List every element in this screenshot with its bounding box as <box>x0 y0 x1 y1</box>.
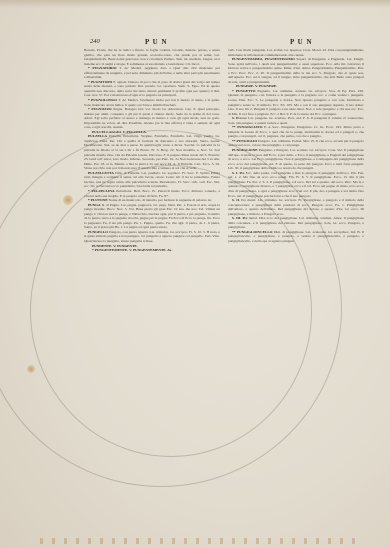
dictionary-entry: ** PUNGIGLIO Pungolo. Lat. stimulus. Pol… <box>228 139 364 148</box>
dictionary-entry: * PUGNATORIO T. de' Medici. Aggiunto dat… <box>84 66 220 80</box>
running-head-right: P U N <box>290 38 313 46</box>
book-page: 240 P U N P U N Bononi, Prosis, che ha l… <box>0 0 390 548</box>
continuation-text: Bononi, Prosis, che ha le radici a fitto… <box>84 48 220 66</box>
dictionary-entry: S. I. Per Ecc. della punta, cosi pungent… <box>228 171 364 198</box>
headword: S. Pungoso <box>232 116 247 120</box>
dictionary-entry: S. II. Per metaf. Lat. stimulus. Gr. κέν… <box>228 198 364 216</box>
headword: S. II. <box>232 198 240 202</box>
definition-text: Nome di un manicotto, di metallo, per fe… <box>108 198 212 202</box>
left-text-column: Bononi, Prosis, che ha le radici a fitto… <box>84 48 220 253</box>
dictionary-entry: PUNGENTISSIMO, PUGNENTISSIMO Superl. di … <box>228 57 364 84</box>
dictionary-entry: PUNGIGLIONE Pungente, e Pungolo. Lat. ac… <box>228 148 364 171</box>
page-top-edge-shadow <box>0 0 390 8</box>
headword: * PUNGETTO <box>232 89 256 93</box>
dictionary-entry: PULZELLA Pulcella, Pulcelletta. Vergine,… <box>84 134 220 170</box>
dictionary-entry: * PUGNOLONGO T. de' Medici. Strumento mo… <box>84 98 220 107</box>
definition-text: Lat. pungens. Gr. acerbus. Prov. sed. F.… <box>228 116 364 125</box>
headword: PULZELLA <box>88 134 107 138</box>
headword: PUNGIGLIONE <box>232 148 258 152</box>
dictionary-entry: * PUGNOZZO Pugna. Balogno ind. vol. modo… <box>84 107 220 130</box>
headword: ** PUNGIGLIO <box>232 139 257 143</box>
dictionary-entry: * PUGNITOPO F. agnosi. Danaro di poco ch… <box>84 80 220 98</box>
dictionary-entry: ** PUNGIGLIONCELLO Dim. di pungiglione. … <box>228 230 364 244</box>
headword: PUNGA <box>88 203 101 207</box>
dictionary-entry: * PUNGETTO Pugnetto. Lat. stimulus, acul… <box>228 89 364 116</box>
running-head-left: P U N <box>145 38 168 46</box>
definition-text: Pulcella, Pulcelletta. Vergine, Fanciull… <box>84 134 220 170</box>
headword: ** PUNGIGLIATO <box>232 125 263 129</box>
definition-text: metaf. Dire ecco del pungiglione. Lat. s… <box>228 216 364 229</box>
dictionary-entry: * PULZELLINA Pulcellotta. Bell. Bocc. Fr… <box>84 189 220 198</box>
headword: S. III. Per <box>232 216 247 220</box>
headword: * PUGNOLONGO <box>88 98 117 102</box>
headword: * PLUTONE <box>88 198 108 202</box>
page-bottom-edge-stain <box>40 538 360 544</box>
definition-text: Pugnetto. Lat. stimulus, aculeus. Gr. κέ… <box>228 89 364 116</box>
dictionary-entry: ** PUNGIGLIATO P. A Sacc. Pungente, Pung… <box>228 125 364 139</box>
headword: * PUGNATORIO <box>88 66 117 70</box>
definition-text: Per metaf. Lat. stimulus. Gr. κέντρον. F… <box>228 198 364 216</box>
dictionary-entry: PUNGELLO Pungolo, con pietra aguzza. Lat… <box>84 230 220 244</box>
headword: PULZELLETTA <box>88 171 114 175</box>
right-text-column: verb. Con modo pungente. Lat. acriter. G… <box>228 48 364 244</box>
definition-text: Ecc. della punta, cosi pungente a fine l… <box>228 171 364 198</box>
page-number: 240 <box>90 38 100 45</box>
headword: PUNGELLO <box>88 230 108 234</box>
headword: * PUGNOZZO <box>88 107 112 111</box>
continuation-text: verb. Con modo pungente. Lat. acriter. G… <box>228 48 364 57</box>
cross-reference-entry: * PUNGENTEMENTE. V. PUNGENTEMENTE. Av- <box>84 248 220 253</box>
dictionary-entry: S. III. Per metaf. Dire ecco del pungigl… <box>228 216 364 230</box>
foxing-stain <box>27 365 35 373</box>
headword: * PUGNITOPO <box>88 80 112 84</box>
dictionary-entry: PULZELLETTA Dim. di Pulzella. Lat. puell… <box>84 171 220 189</box>
foxing-stain <box>63 195 73 205</box>
headword: S. I. Per <box>232 171 244 175</box>
definition-text: Superl. di Pungente, e Pugnente. Lat. Pu… <box>228 57 364 84</box>
headword: PUNGENTISSIMO, PUGNENTISSIMO <box>232 57 295 61</box>
headword: ** PUNGIGLIONCELLO <box>232 230 273 234</box>
definition-text: R. di Pugno. Lat. pugna, pugnaces. Gr. μ… <box>84 203 220 230</box>
headword: * PULZELLINA <box>88 189 115 193</box>
dictionary-entry: S. Pungoso Lat. pungens. Gr. acerbus. Pr… <box>228 116 364 125</box>
dictionary-entry: PUNGA R. di Pugno. Lat. pugna, pugnaces.… <box>84 203 220 230</box>
